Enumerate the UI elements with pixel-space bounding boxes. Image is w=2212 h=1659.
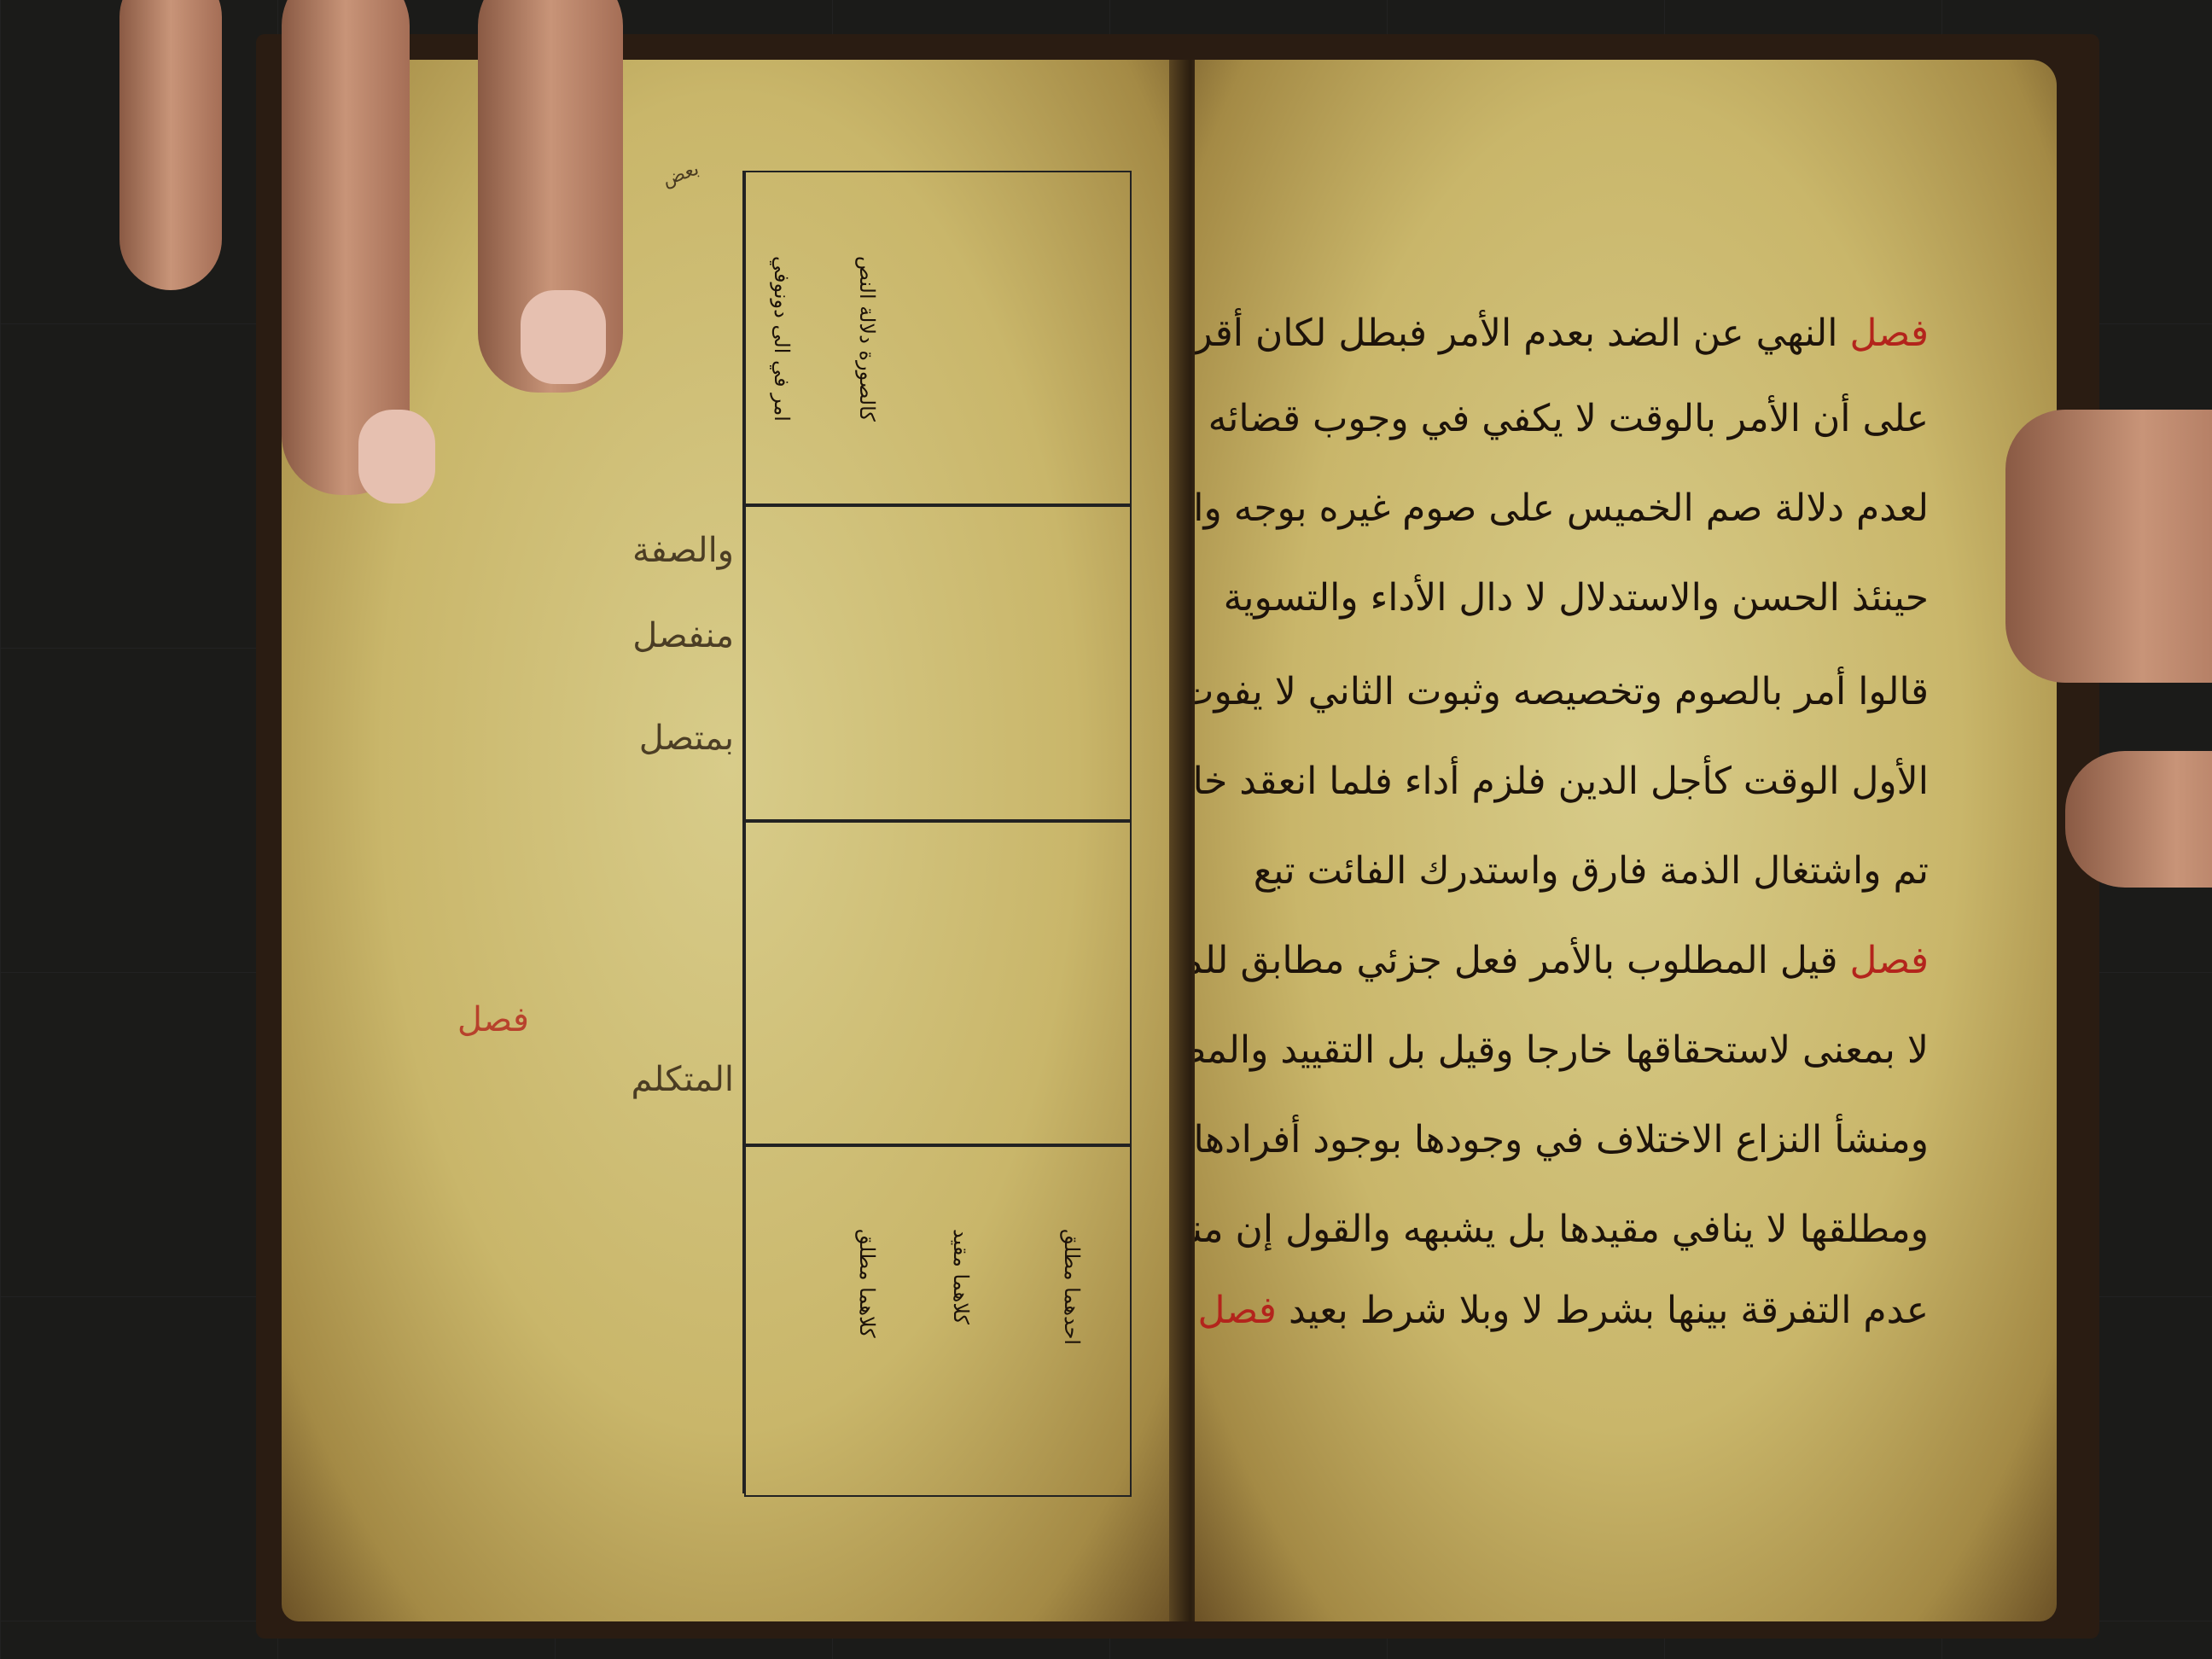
fingernail — [358, 410, 435, 504]
fingernail — [521, 290, 606, 384]
right-hand — [2005, 410, 2212, 683]
table-cell: امر في الى دونوفي — [770, 256, 794, 422]
text-line: فصل قيل المطلوب بالأمر فعل جزئي مطابق لل… — [1195, 939, 1929, 982]
left-page: بعض والصفة منفصل بمتصل المتكلم فصل امر ف… — [282, 60, 1178, 1621]
text-line: لعدم دلالة صم الخميس على صوم غيره بوجه و… — [1195, 486, 1929, 530]
table-cell: احدهما مطلق — [1060, 1229, 1084, 1345]
right-page: فصل النهي عن الضد بعدم الأمر فبطل لكان أ… — [1195, 60, 2057, 1621]
text-line: ومطلقها لا ينافي مقيدها بل يشبهه والقول … — [1195, 1208, 1929, 1251]
margin-word: المتكلم — [632, 1067, 734, 1092]
margin-word: والصفة — [632, 538, 734, 563]
text-line: تم واشتغال الذمة فارق واستدرك الفائت تبع — [1254, 849, 1929, 893]
hand-drawn-table: امر في الى دونوفي كالصورة دلالة النص كلا… — [742, 171, 1128, 1493]
text-line: الأول الوقت كأجل الدين فلزم أداء فلما ان… — [1195, 760, 1929, 803]
text-line: قالوا أمر بالصوم وتخصيصه وثبوت الثاني لا… — [1195, 670, 1929, 713]
table-cell: كلاهما مقيد — [949, 1229, 973, 1324]
text-line: ومنشأ النزاع الاختلاف في وجودها بوجود أف… — [1195, 1118, 1929, 1161]
margin-gloss: بعض — [659, 156, 702, 193]
text-line: عدم التفرقة بينها بشرط لا وبلا شرط بعيد … — [1197, 1289, 1929, 1332]
text-line: حينئذ الحسن والاستدلال لا دال الأداء وال… — [1224, 576, 1929, 620]
table-cell: كالصورة دلالة النص — [855, 256, 879, 422]
margin-word: منفصل — [632, 623, 734, 649]
right-thumb — [2065, 751, 2212, 888]
text-line: فصل النهي عن الضد بعدم الأمر فبطل لكان أ… — [1195, 311, 1929, 355]
margin-word: بمتصل — [639, 725, 734, 751]
text-line: على أن الأمر بالوقت لا يكفي في وجوب قضائ… — [1195, 397, 1929, 440]
text-line: لا بمعنى لاستحقاقها خارجا وقيل بل التقيي… — [1195, 1028, 1929, 1072]
rubric: فصل — [457, 1007, 529, 1033]
table-cell: كلاهما مطلق — [855, 1229, 879, 1338]
finger — [119, 0, 222, 290]
